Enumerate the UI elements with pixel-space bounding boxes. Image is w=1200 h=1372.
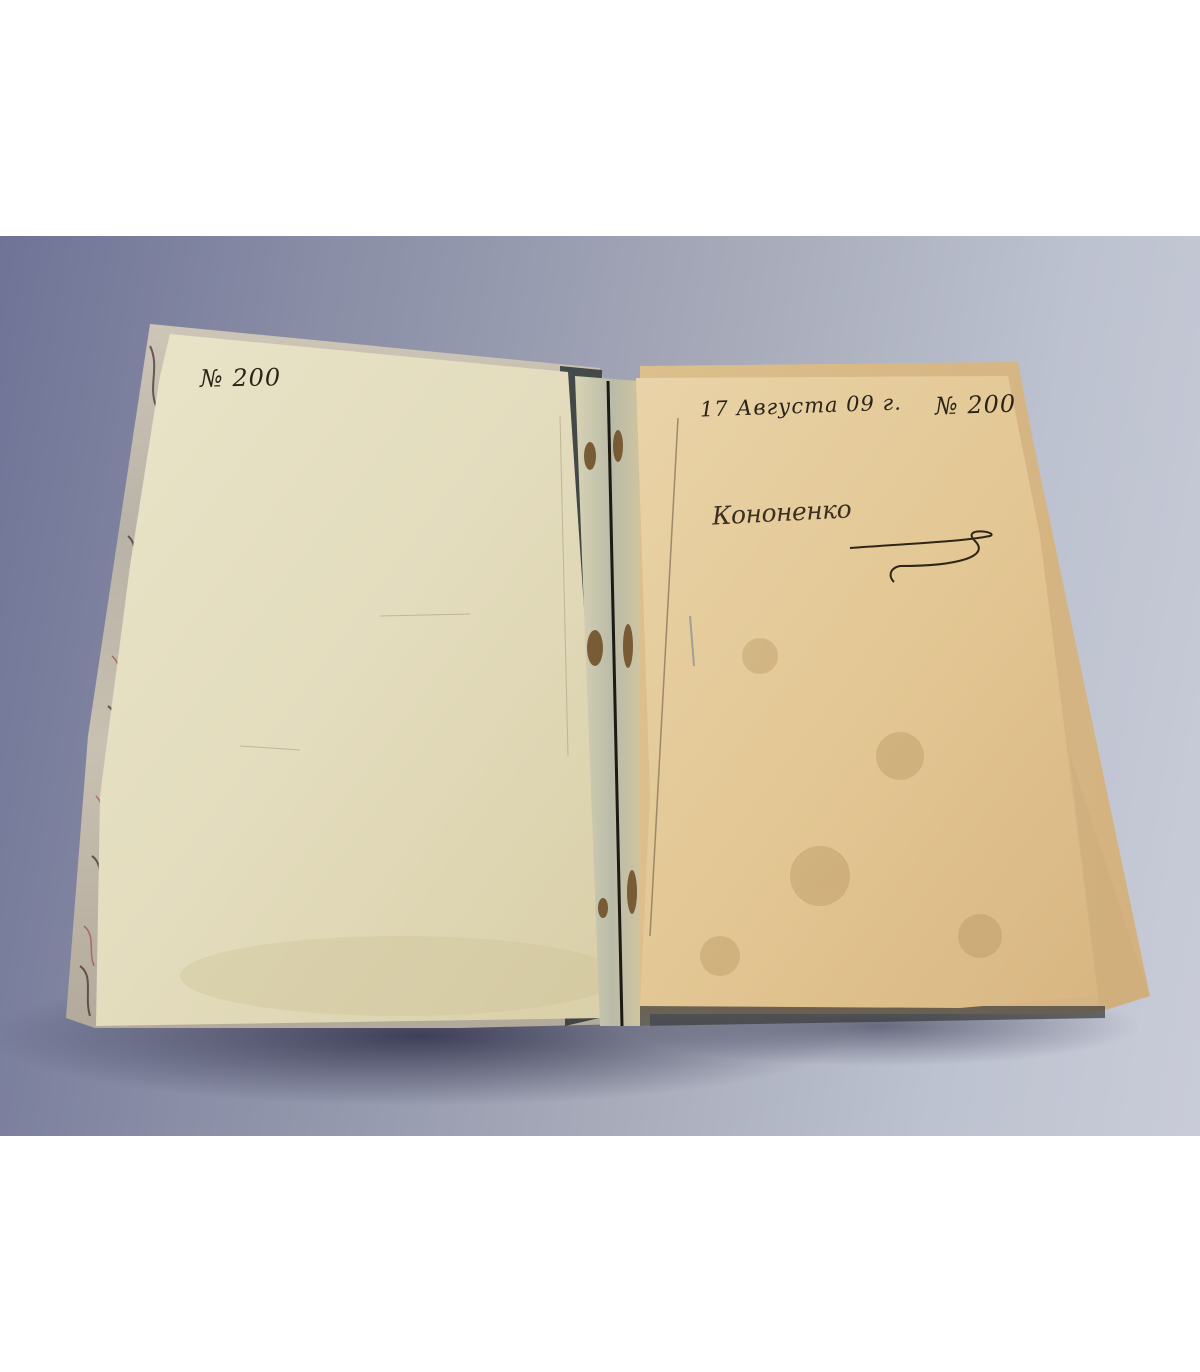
open-book: № 200 17 Августа 09 г. № 200 Кононенко bbox=[0, 236, 1200, 1136]
book-illustration bbox=[0, 236, 1200, 1136]
left-page-inscription: № 200 bbox=[200, 363, 282, 392]
right-page-number-inscription: № 200 bbox=[935, 390, 1017, 421]
left-endpaper bbox=[96, 334, 604, 1026]
book-photograph: № 200 17 Августа 09 г. № 200 Кононенко bbox=[0, 236, 1200, 1136]
